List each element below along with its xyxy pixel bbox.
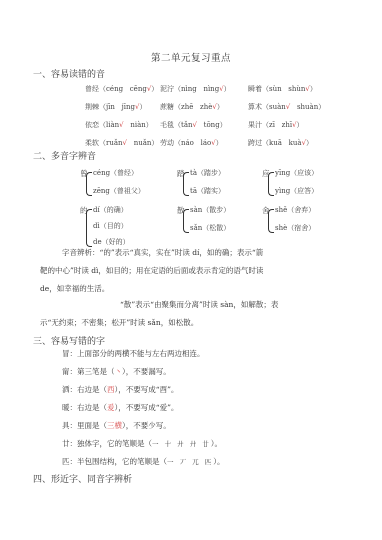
item-paren: ）	[151, 85, 158, 93]
pronunciation-item: 算术（suàn√ shuàn）	[248, 102, 325, 112]
pronunciation-item: 泥泞（nìng nìng√）	[160, 84, 231, 94]
item-option-1: céng	[106, 85, 123, 93]
writing-tip: 廿：独体字，它的笔顺是（一 十 廾 廾 廿）。	[62, 435, 222, 453]
item-option-2: tōng	[204, 121, 220, 129]
tip-text-end: ），不要写成“酉”。	[115, 385, 179, 394]
item-word: 算术	[248, 103, 262, 111]
pronunciation-item: 毛毯（tǎn√ tōng）	[160, 120, 227, 130]
polyphone-reading: sàn（散步）	[190, 205, 230, 215]
item-paren: （	[262, 103, 269, 111]
item-paren: ）	[146, 121, 153, 129]
item-gap	[282, 139, 289, 147]
item-paren: （	[174, 139, 181, 147]
item-gap	[197, 121, 204, 129]
item-option-1: suàn	[269, 103, 286, 111]
item-option-1: kuā	[269, 139, 282, 147]
item-word: 瞬着	[248, 85, 262, 93]
item-option-2: zhè	[200, 103, 212, 111]
item-paren: ）	[139, 103, 146, 111]
tip-text: 匹：半包围结构，它的笔顺是（	[62, 457, 167, 466]
item-word: 蔗糖	[160, 103, 174, 111]
item-paren: ）	[297, 121, 304, 129]
item-paren: （	[99, 139, 106, 147]
tip-text: 具：里面是（	[62, 421, 107, 430]
pronunciation-item: 跨过（kuā kuà√）	[248, 138, 313, 148]
item-option-2: shùn	[288, 85, 305, 93]
section-heading-2: 二、多音字辨音	[33, 149, 96, 162]
tip-text-end: ），不要少写。	[122, 421, 171, 430]
item-option-1: ruǎn	[106, 139, 123, 147]
item-option-2: nuǎn	[134, 139, 152, 147]
item-option-1: zhē	[181, 103, 193, 111]
item-paren: （	[174, 85, 181, 93]
brace-icon	[86, 172, 92, 196]
item-word: 柔软	[85, 139, 99, 147]
item-option-2: zhī	[282, 121, 292, 129]
tip-highlight: 爰	[107, 403, 115, 412]
writing-tip: 具：里面是（三横），不要少写。	[62, 417, 171, 435]
item-paren: ）	[306, 139, 313, 147]
analysis-paragraph-2-line-1: “散”表示“由聚集而分离”时读 sàn，如解散；表	[120, 296, 278, 314]
item-paren: ）	[310, 85, 317, 93]
writing-tip: 冒：上面部分的两横不能与左右两边相连。	[62, 345, 205, 363]
polyphone-reading: sǎn（松散）	[190, 223, 230, 233]
writing-tip: 匹：半包围结构，它的笔顺是（一 丆 兀 匹）。	[62, 453, 224, 471]
item-option-1: jīn	[106, 103, 115, 111]
brace-icon	[268, 172, 274, 196]
writing-tip: 暖：右边是（爰），不要写成“爱”。	[62, 399, 178, 417]
pronunciation-item: 果汁（zī zhī√）	[248, 120, 304, 130]
item-option-2: niàn	[130, 121, 145, 129]
item-paren: ）	[217, 103, 224, 111]
analysis-paragraph-1-line-2: 靶的中心”时读 dì，如目的；用在定语的后面或表示肯定的语气时读	[40, 262, 263, 280]
pronunciation-item: 荆棘（jīn jīng√）	[85, 102, 146, 112]
pronunciation-item: 柔软（ruǎn√ nuǎn）	[85, 138, 158, 148]
item-paren: （	[174, 103, 181, 111]
item-option-2: kuà	[289, 139, 302, 147]
tip-text: 甯：第三笔是（	[62, 367, 115, 376]
brace-icon	[86, 209, 92, 247]
item-paren: （	[262, 121, 269, 129]
item-gap	[194, 139, 201, 147]
analysis-paragraph-1-line-1: 字音辨析：“的”表示“真实，实在”时读 dí，如的确；表示“箭	[62, 244, 263, 262]
tip-text-end: ）。	[213, 457, 224, 466]
item-option-2: jīng	[122, 103, 135, 111]
item-gap	[275, 121, 282, 129]
item-paren: ）	[151, 139, 158, 147]
item-word: 毛毯	[160, 121, 174, 129]
item-paren: ）	[224, 85, 231, 93]
item-word: 依恋	[85, 121, 99, 129]
section-heading-4: 四、形近字、同音字辨析	[33, 472, 132, 485]
pronunciation-item: 曾经（céng cēng√）	[85, 84, 158, 94]
item-option-1: náo	[181, 139, 194, 147]
polyphone-reading: dì（目的）	[93, 221, 128, 231]
section-heading-1: 一、容易读错的音	[33, 67, 105, 80]
tip-highlight: 三横	[107, 421, 122, 430]
item-paren: （	[99, 85, 106, 93]
page-title: 第二单元复习重点	[0, 50, 382, 64]
item-word: 劳动	[160, 139, 174, 147]
item-paren: ）	[220, 121, 227, 129]
pronunciation-item: 依恋（liàn√ niàn）	[85, 120, 153, 130]
item-option-2: nìng	[203, 85, 219, 93]
polyphone-reading: yīng（应该）	[275, 168, 318, 178]
brace-icon	[268, 209, 274, 233]
pronunciation-item: 劳动（náo láo√）	[160, 138, 223, 148]
brace-icon	[183, 172, 189, 196]
tip-text: 廿：独体字，它的笔顺是（	[62, 439, 152, 448]
item-option-1: liàn	[106, 121, 119, 129]
polyphone-reading: yìng（应答）	[275, 186, 318, 196]
item-option-2: láo	[201, 139, 212, 147]
polyphone-reading: shè（宿舍）	[275, 223, 315, 233]
tip-highlight: 西	[107, 385, 115, 394]
item-option-2: cēng	[130, 85, 147, 93]
tip-text-end: ），不要写成“爱”。	[115, 403, 179, 412]
brace-icon	[183, 209, 189, 233]
item-gap	[127, 139, 134, 147]
polyphone-reading: céng（曾经）	[93, 168, 138, 178]
writing-tip: 甯：第三笔是（丶），不要漏写。	[62, 363, 171, 381]
tip-text: 洒：右边是（	[62, 385, 107, 394]
item-word: 果汁	[248, 121, 262, 129]
item-paren: ）	[216, 139, 223, 147]
item-paren: （	[174, 121, 181, 129]
polyphone-reading: dí（的确）	[93, 205, 128, 215]
item-gap	[290, 103, 297, 111]
item-word: 跨过	[248, 139, 262, 147]
item-gap	[123, 85, 130, 93]
item-paren: （	[99, 103, 106, 111]
tip-text: 暖：右边是（	[62, 403, 107, 412]
pronunciation-item: 瞬着（sùn shùn√）	[248, 84, 317, 94]
writing-tip: 洒：右边是（西），不要写成“酉”。	[62, 381, 178, 399]
item-option-1: tǎn	[181, 121, 193, 129]
polyphone-reading: tā（踏实）	[190, 186, 225, 196]
item-option-1: sùn	[269, 85, 282, 93]
tip-text-end: ），不要漏写。	[122, 367, 171, 376]
item-word: 荆棘	[85, 103, 99, 111]
stroke-order: 一 丆 兀 匹	[167, 458, 213, 466]
item-option-1: nìng	[181, 85, 197, 93]
pronunciation-item: 蔗糖（zhē zhè√）	[160, 102, 224, 112]
item-paren: ）	[318, 103, 325, 111]
item-word: 泥泞	[160, 85, 174, 93]
stroke-order: 一 十 廾 廾 廿	[152, 440, 211, 448]
item-paren: （	[262, 85, 269, 93]
polyphone-reading: tà（踏步）	[190, 168, 225, 178]
analysis-paragraph-1-line-3: de，如幸福的生活。	[40, 280, 109, 298]
analysis-paragraph-2-line-2: 示“无约束；不密集；松开”时读 sǎn，如松散。	[40, 314, 198, 332]
polyphone-reading: shě（舍弃）	[275, 205, 315, 215]
tip-text: 冒：上面部分的两横不能与左右两边相连。	[62, 349, 205, 358]
tip-text-end: ）。	[211, 439, 222, 448]
polyphone-reading: zēng（曾祖父）	[93, 186, 145, 196]
item-paren: （	[99, 121, 106, 129]
item-option-2: shuàn	[297, 103, 318, 111]
item-gap	[115, 103, 122, 111]
tip-highlight: 丶	[115, 367, 123, 376]
item-paren: （	[262, 139, 269, 147]
item-word: 曾经	[85, 85, 99, 93]
